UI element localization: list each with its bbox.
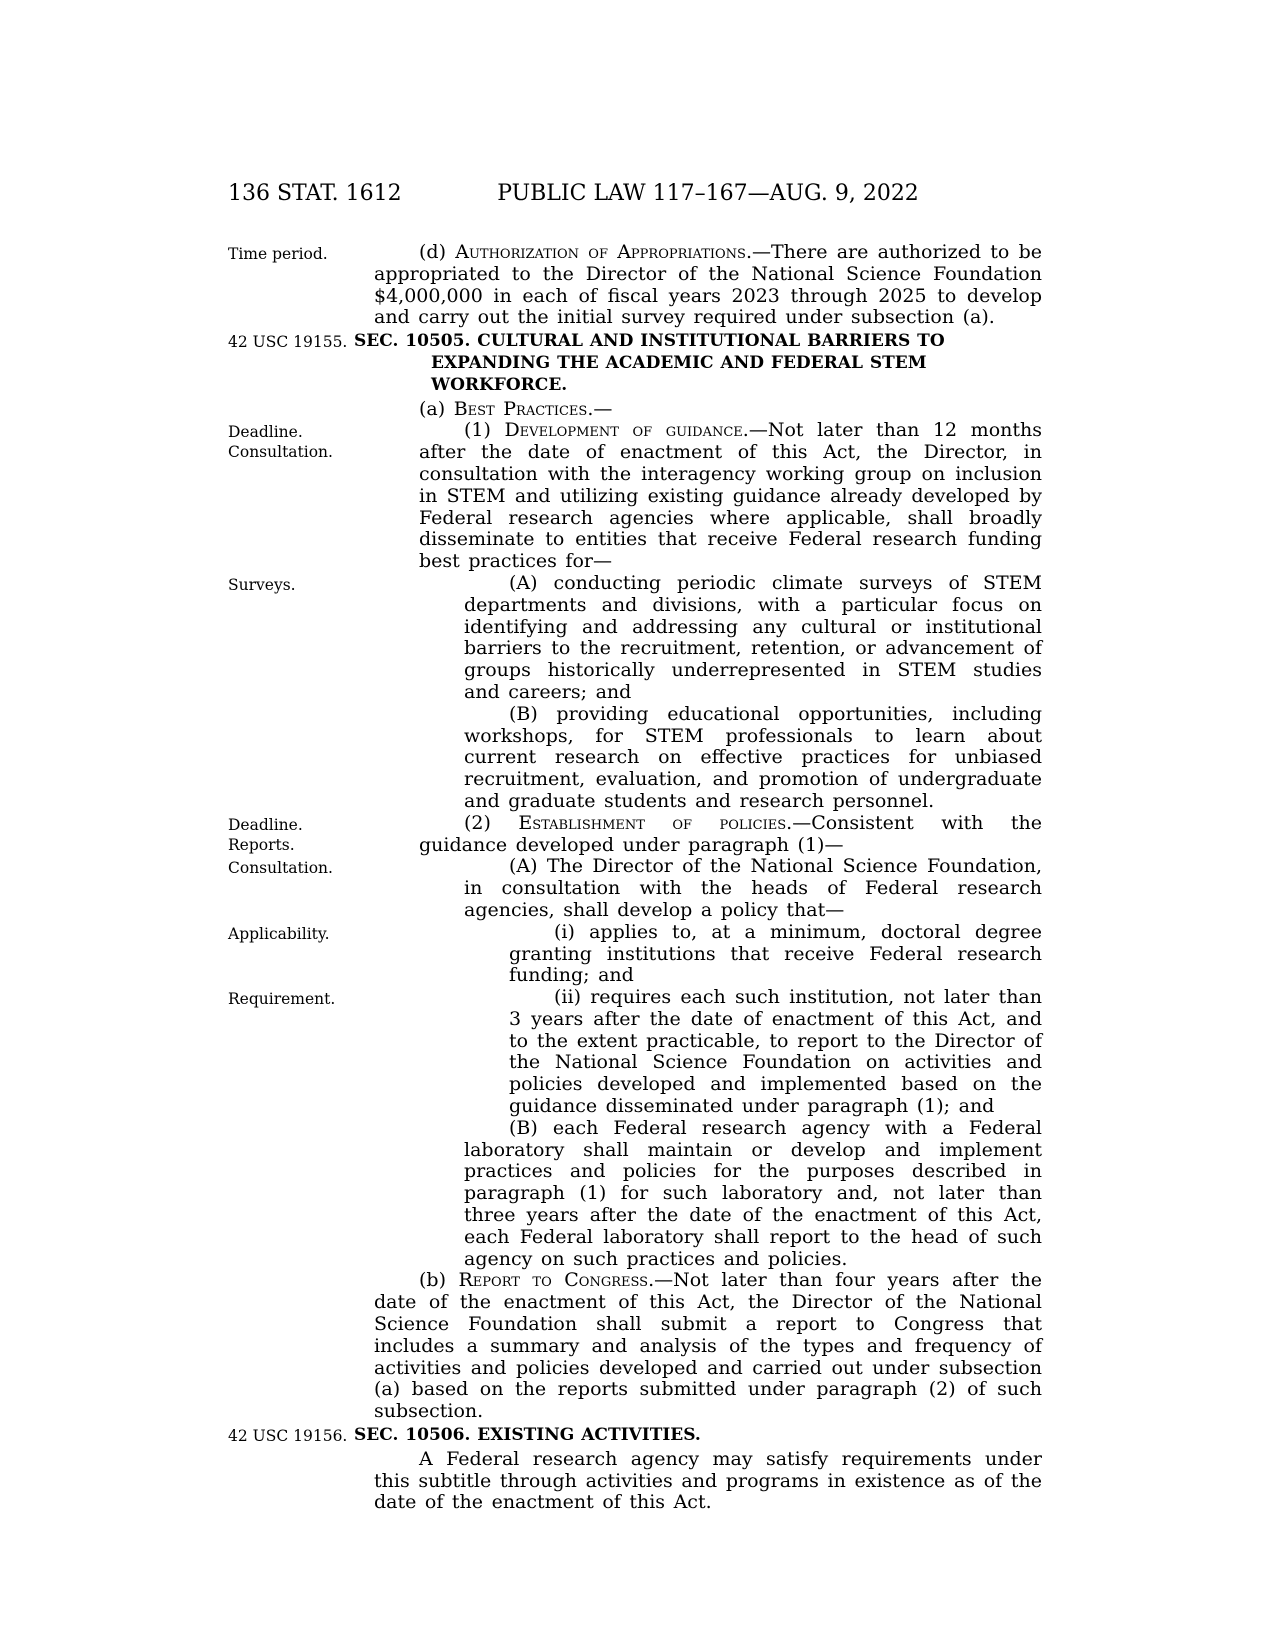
statute-paragraph: Requirement.(ii) requires each such inst… (374, 987, 1042, 1118)
text-run: .—Not later than 12 months after the dat… (419, 419, 1042, 572)
text-run: .— (587, 398, 612, 420)
statute-paragraph: Time period.(d) Authorization of Appropr… (374, 242, 1042, 329)
text-run: Establishment of policies (518, 812, 786, 834)
page-header: 136 STAT. 1612 PUBLIC LAW 117–167—AUG. 9… (228, 181, 1042, 211)
law-title: PUBLIC LAW 117–167—AUG. 9, 2022 (374, 181, 1042, 207)
text-run: (B) providing educational opportunities,… (464, 703, 1042, 812)
text-run: .—Not later than four years after the da… (374, 1269, 1042, 1422)
text-run: (ii) requires each such institution, not… (509, 986, 1042, 1117)
statute-paragraph: A Federal research agency may satisfy re… (374, 1449, 1042, 1514)
margin-note: Surveys. (228, 575, 366, 595)
text-run: (1) (464, 419, 504, 441)
text-run: Best Practices (454, 398, 588, 420)
statute-paragraph: Consultation.(A) The Director of the Nat… (374, 856, 1042, 921)
statute-paragraph: Deadline.Consultation.(1) Development of… (374, 420, 1042, 573)
text-run: Authorization of Appropriations (455, 241, 746, 263)
margin-note-line: Requirement. (228, 989, 366, 1009)
section-heading: 42 USC 19155.SEC. 10505. CULTURAL AND IN… (354, 331, 1042, 396)
margin-note-line: Surveys. (228, 575, 366, 595)
margin-note-line: Consultation. (228, 858, 366, 878)
text-run: SEC. 10505. CULTURAL AND INSTITUTIONAL B… (354, 331, 945, 395)
text-run: (A) The Director of the National Science… (464, 855, 1042, 921)
margin-note: Requirement. (228, 989, 366, 1009)
text-run: Report to Congress (459, 1269, 649, 1291)
statute-paragraph: (B) providing educational opportunities,… (374, 704, 1042, 813)
statute-paragraph: Deadline.Reports.(2) Establishment of po… (374, 813, 1042, 857)
margin-note-line: Deadline. (228, 815, 366, 835)
margin-note-line: Applicability. (228, 924, 366, 944)
text-run: (d) (419, 241, 455, 263)
text-run: (A) conducting periodic climate surveys … (464, 572, 1042, 703)
text-run: (i) applies to, at a minimum, doctoral d… (509, 921, 1042, 987)
statute-paragraph: (B) each Federal research agency with a … (374, 1118, 1042, 1271)
text-run: Development of guidance (504, 419, 742, 441)
text-run: (b) (419, 1269, 459, 1291)
margin-note: 42 USC 19155. (228, 332, 366, 352)
statute-paragraph: (b) Report to Congress.—Not later than f… (374, 1270, 1042, 1423)
margin-note-line: 42 USC 19156. (228, 1426, 366, 1446)
margin-note-line: Time period. (228, 244, 366, 264)
text-run: A Federal research agency may satisfy re… (374, 1448, 1042, 1514)
statute-body: Time period.(d) Authorization of Appropr… (374, 242, 1042, 1514)
text-run: (B) each Federal research agency with a … (464, 1117, 1042, 1270)
margin-note: Consultation. (228, 858, 366, 878)
text-run: SEC. 10506. EXISTING ACTIVITIES. (354, 1425, 701, 1445)
statute-page: 136 STAT. 1612 PUBLIC LAW 117–167—AUG. 9… (0, 0, 1275, 1650)
section-heading: 42 USC 19156.SEC. 10506. EXISTING ACTIVI… (354, 1425, 1042, 1447)
margin-note: Deadline.Consultation. (228, 422, 366, 462)
margin-note: 42 USC 19156. (228, 1426, 366, 1446)
margin-note: Time period. (228, 244, 366, 264)
text-run: (2) (464, 812, 518, 834)
margin-note: Deadline.Reports. (228, 815, 366, 855)
text-run: (a) (419, 398, 454, 420)
margin-note: Applicability. (228, 924, 366, 944)
margin-note-line: Reports. (228, 835, 366, 855)
statute-paragraph: (a) Best Practices.— (374, 399, 1042, 421)
margin-note-line: 42 USC 19155. (228, 332, 366, 352)
margin-note-line: Consultation. (228, 442, 366, 462)
statute-paragraph: Surveys.(A) conducting periodic climate … (374, 573, 1042, 704)
margin-note-line: Deadline. (228, 422, 366, 442)
statute-paragraph: Applicability.(i) applies to, at a minim… (374, 922, 1042, 987)
